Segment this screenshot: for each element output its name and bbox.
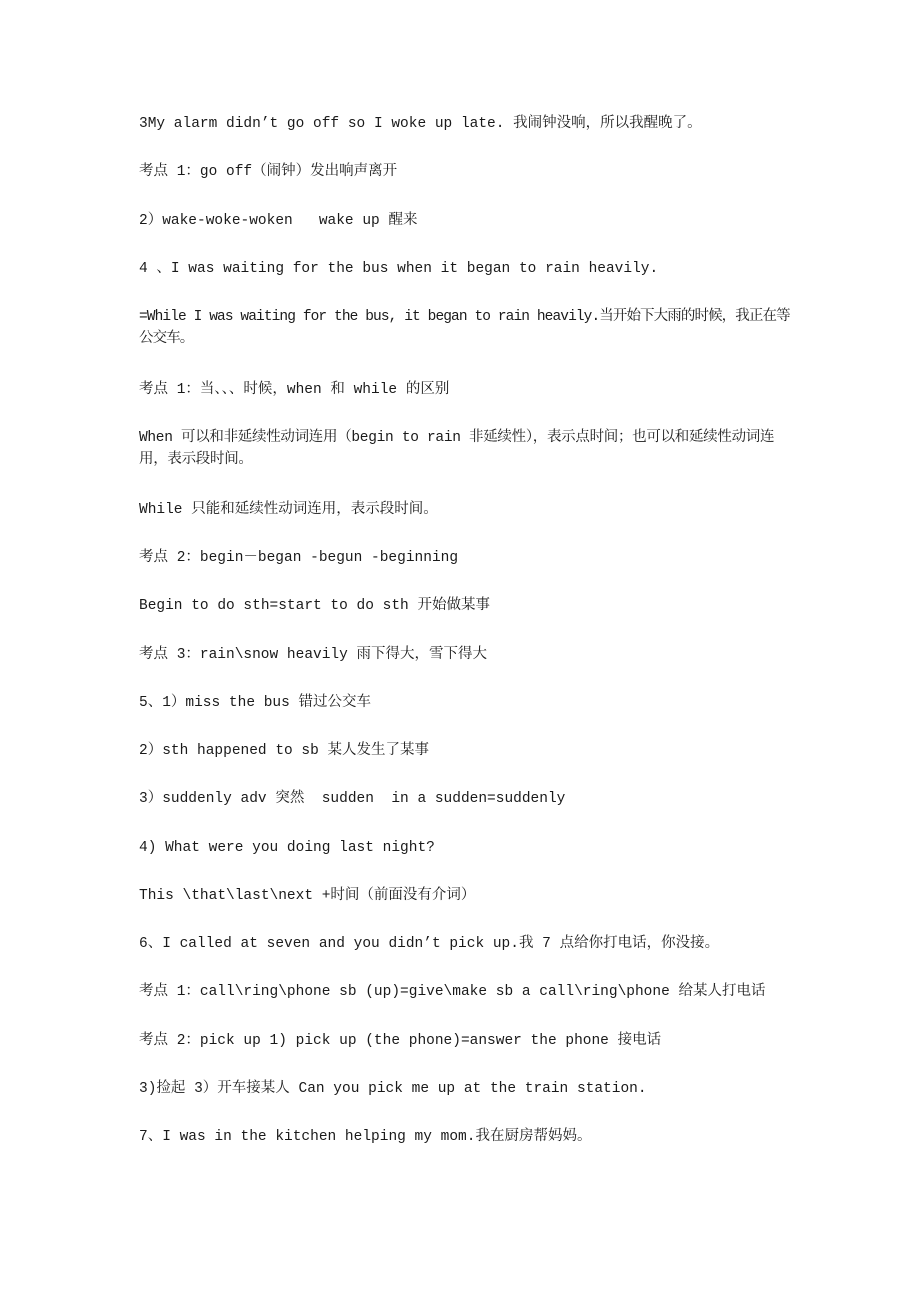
point-go-off: 考点 1：go off（闹钟）发出响声离开: [139, 161, 397, 183]
point-wake-up: 2）wake-woke-woken wake up 醒来: [139, 210, 417, 232]
sentence-7-kitchen: 7、I was in the kitchen helping my mom.我在…: [139, 1126, 591, 1148]
note-pick-up-meanings: 3)捡起 3）开车接某人 Can you pick me up at the t…: [139, 1078, 647, 1100]
note-suddenly: 3）suddenly adv 突然 sudden in a sudden=sud…: [139, 788, 565, 810]
note-last-night: 4) What were you doing last night?: [139, 837, 435, 859]
point-begin-forms: 考点 2：begin－began -begun -beginning: [139, 547, 458, 569]
point-when-while: 考点 1：当、、、时候，when 和 while 的区别: [139, 379, 449, 401]
note-this-that-last-next: This \that\last\next +时间（前面没有介词）: [139, 885, 475, 907]
point-rain-heavily: 考点 3：rain\snow heavily 雨下得大，雪下得大: [139, 644, 487, 666]
sentence-4-waiting-bus: 4 、I was waiting for the bus when it beg…: [139, 258, 658, 280]
sentence-5-miss-bus: 5、1）miss the bus 错过公交车: [139, 692, 371, 714]
note-while-usage: While 只能和延续性动词连用，表示段时间。: [139, 499, 438, 521]
sentence-6-called: 6、I called at seven and you didn’t pick …: [139, 933, 719, 955]
note-begin-to-do: Begin to do sth=start to do sth 开始做某事: [139, 595, 490, 617]
note-happened-to: 2）sth happened to sb 某人发生了某事: [139, 740, 429, 762]
note-when-usage: When 可以和非延续性动词连用（begin to rain 非延续性），表示点…: [139, 427, 799, 471]
sentence-3-alarm: 3My alarm didn’t go off so I woke up lat…: [139, 113, 702, 135]
point-pick-up: 考点 2：pick up 1) pick up (the phone)=answ…: [139, 1030, 661, 1052]
point-call-ring-phone: 考点 1：call\ring\phone sb (up)=give\make s…: [139, 981, 765, 1003]
sentence-4-while-variant: =While I was waiting for the bus, it beg…: [139, 306, 799, 350]
